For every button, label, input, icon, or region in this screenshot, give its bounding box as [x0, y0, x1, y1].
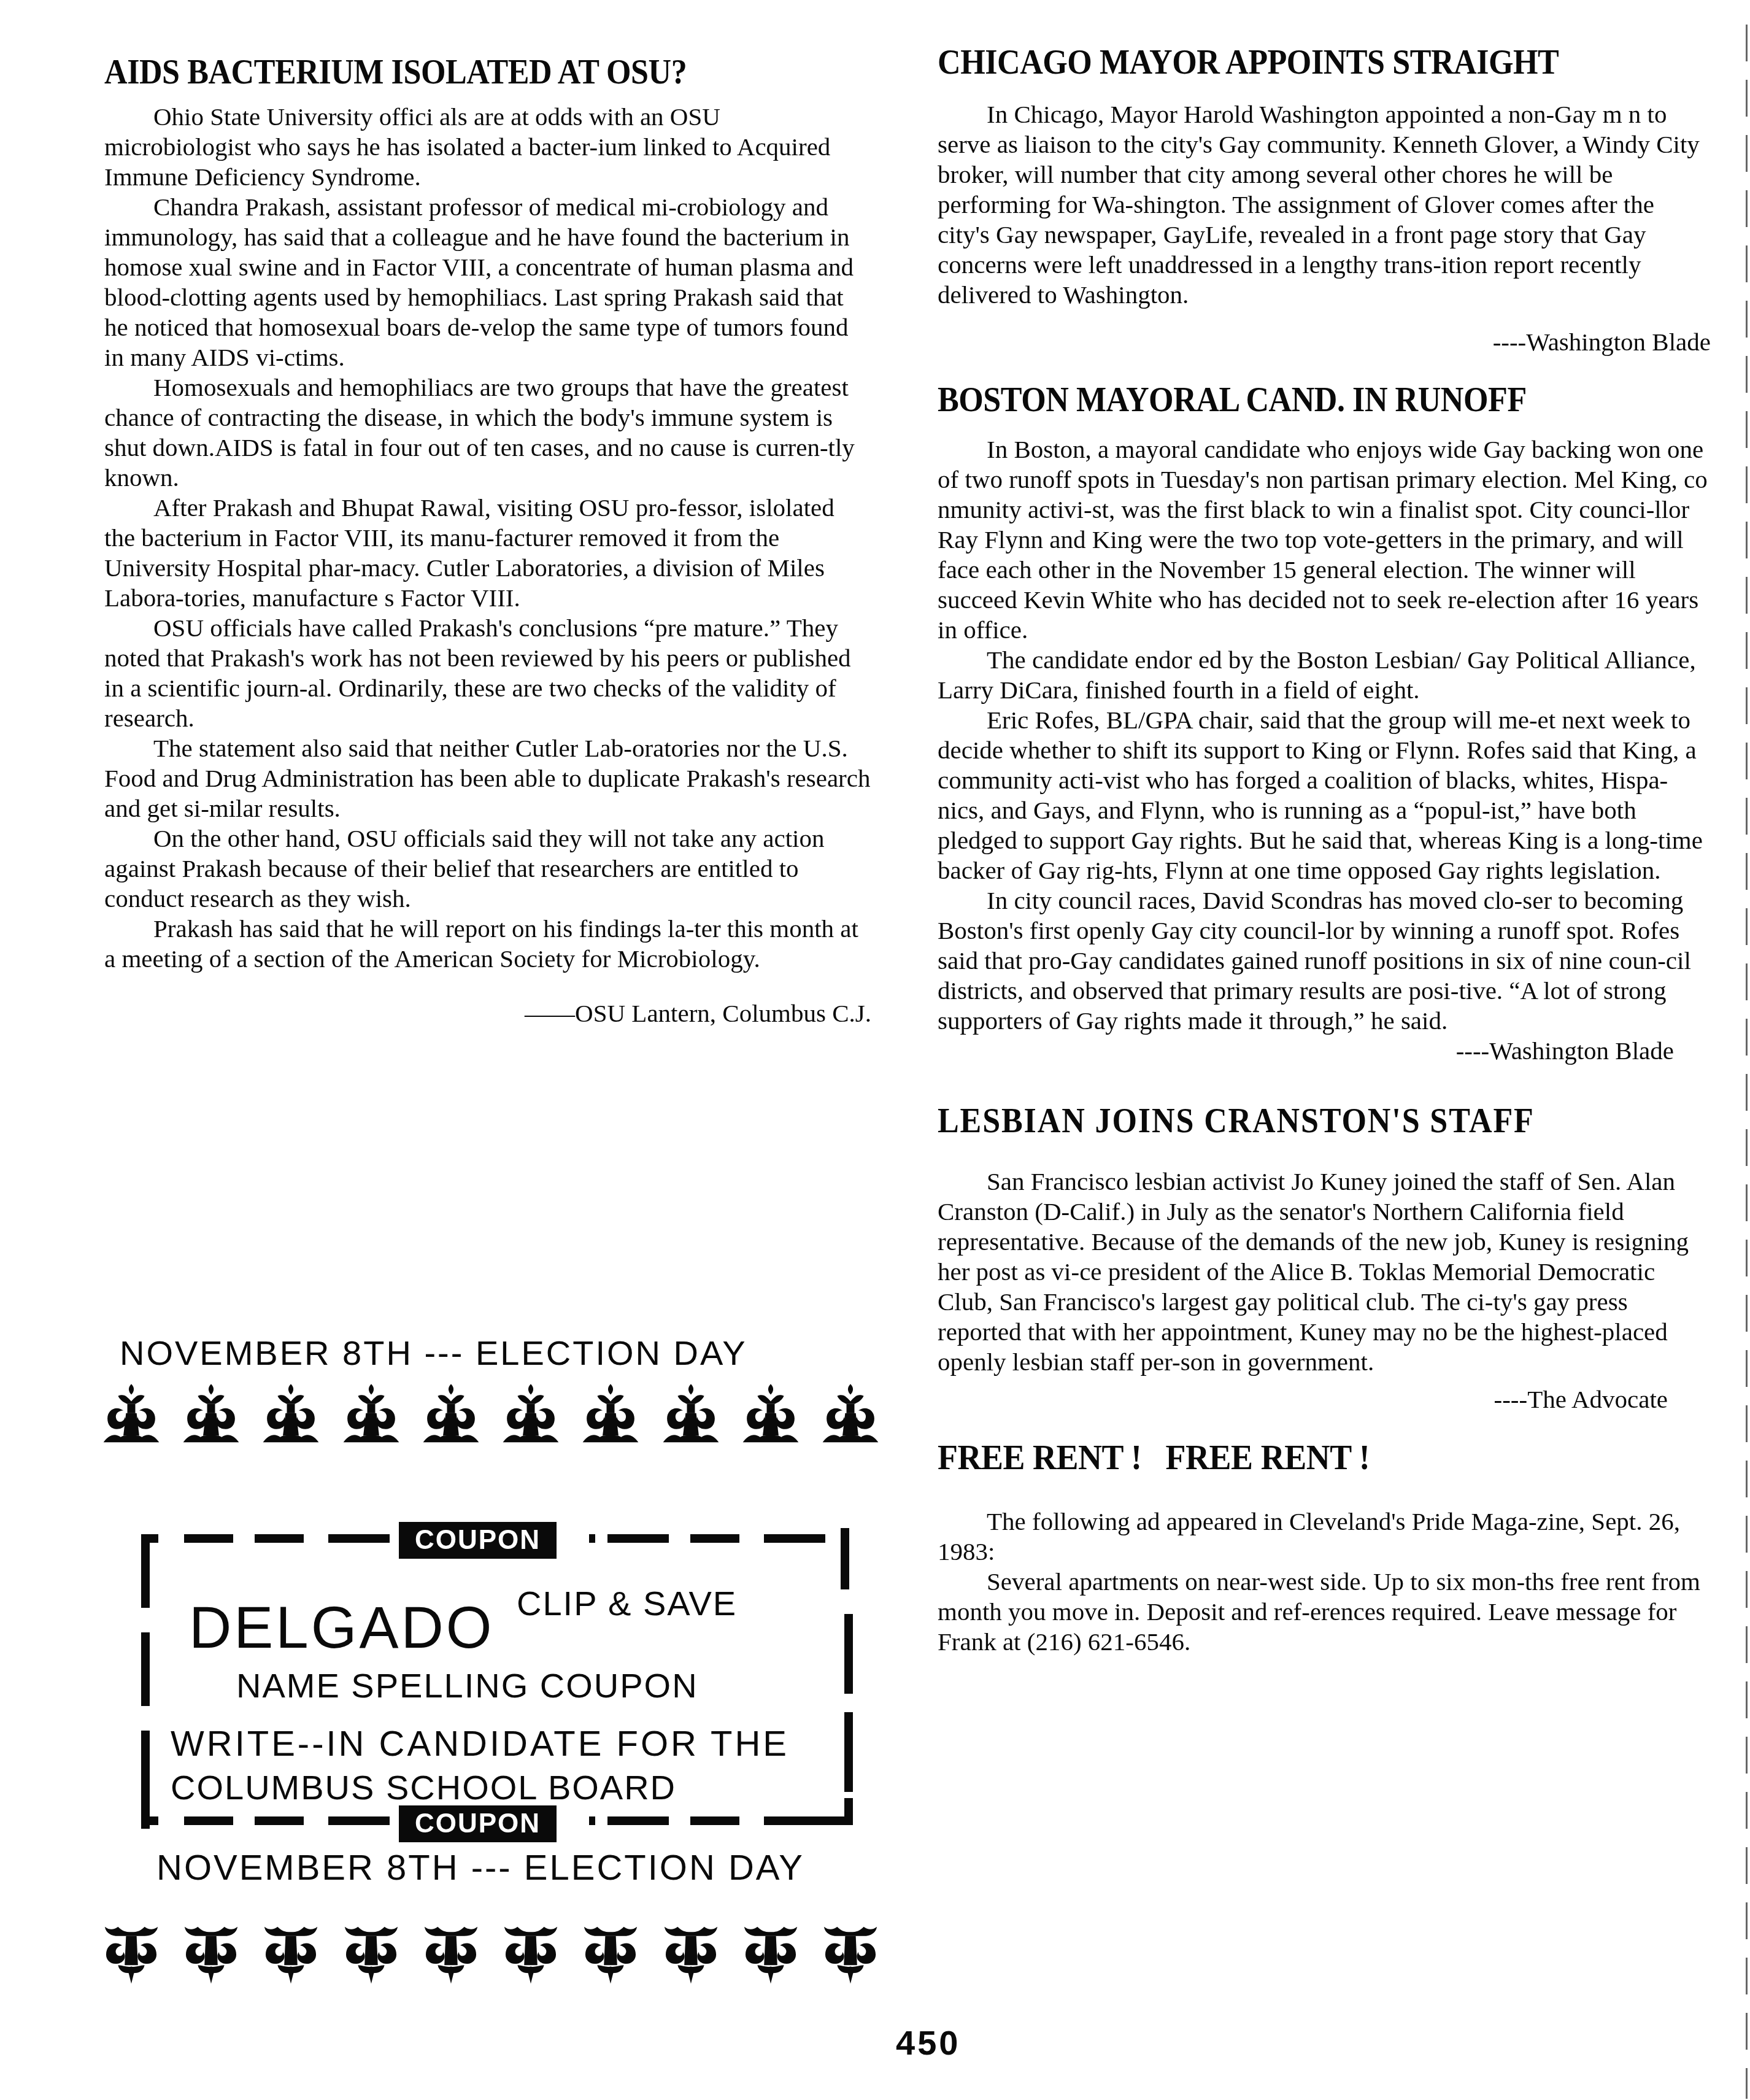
border-dash — [328, 1816, 390, 1825]
fleuron-icon — [738, 1381, 804, 1448]
clip-and-save: CLIP & SAVE — [517, 1583, 737, 1623]
source-credit: ——OSU Lantern, Columbus C.J. — [104, 998, 871, 1029]
name-spelling-coupon: NAME SPELLING COUPON — [236, 1666, 698, 1705]
headline: BOSTON MAYORAL CAND. IN RUNOFF — [938, 382, 1657, 419]
article-aids-bacterium: AIDS BACTERIUM ISOLATED AT OSU? Ohio Sta… — [104, 54, 871, 1029]
fleuron-icon — [178, 1921, 244, 1988]
fleuron-icon — [98, 1381, 164, 1448]
paragraph: Several apartments on near-west side. Up… — [938, 1567, 1711, 1657]
fleuron-icon — [577, 1921, 644, 1988]
paragraph: The candidate endor ed by the Boston Les… — [938, 645, 1711, 705]
fleuron-icon — [418, 1381, 484, 1448]
source-credit: ----Washington Blade — [938, 1036, 1674, 1066]
coupon-tag-bottom: COUPON — [399, 1805, 557, 1842]
border-dash — [607, 1534, 669, 1543]
source-credit: ----Washington Blade — [938, 327, 1711, 357]
border-dash — [690, 1534, 739, 1543]
fleuron-icon — [98, 1921, 164, 1988]
headline: LESBIAN JOINS CRANSTON'S STAFF — [938, 1103, 1657, 1140]
ad-headline-top: NOVEMBER 8TH --- ELECTION DAY — [120, 1333, 747, 1373]
write-in-candidate: WRITE--IN CANDIDATE FOR THE — [171, 1723, 789, 1764]
fleuron-icon — [258, 1381, 324, 1448]
fleuron-icon — [498, 1921, 564, 1988]
border-dash — [141, 1731, 150, 1792]
coupon-tag-top: COUPON — [399, 1522, 557, 1559]
ornament-border-top — [98, 1381, 884, 1448]
border-dash — [255, 1816, 304, 1825]
paragraph: The following ad appeared in Cleveland's… — [938, 1507, 1711, 1567]
coupon-box[interactable]: COUPON COUPON DELGADO CLIP & SAVE NAME S… — [141, 1522, 853, 1829]
paragraph: In Boston, a mayoral candidate who enjoy… — [938, 434, 1711, 645]
page-edge-rule — [1746, 25, 1748, 2099]
border-dash — [844, 1712, 853, 1792]
article-cranston-staff: LESBIAN JOINS CRANSTON'S STAFF San Franc… — [938, 1103, 1711, 1415]
border-dash — [184, 1534, 233, 1543]
border-dash — [184, 1816, 233, 1825]
border-dash — [141, 1632, 150, 1706]
fleuron-icon — [658, 1381, 724, 1448]
border-dash — [844, 1614, 853, 1694]
headline: CHICAGO MAYOR APPOINTS STRAIGHT — [938, 44, 1657, 81]
border-dash — [690, 1816, 739, 1825]
candidate-name: DELGADO — [189, 1594, 494, 1662]
ornament-border-bottom — [98, 1921, 884, 1988]
paragraph: The statement also said that neither Cut… — [104, 733, 871, 824]
fleuron-icon — [258, 1921, 324, 1988]
paragraph: In city council races, David Scondras ha… — [938, 886, 1711, 1036]
fleuron-icon — [338, 1921, 404, 1988]
fleuron-icon — [738, 1921, 804, 1988]
paragraph: Homosexuals and hemophiliacs are two gro… — [104, 373, 871, 493]
article-free-rent: FREE RENT ! FREE RENT ! The following ad… — [938, 1439, 1711, 1657]
paragraph: OSU officials have called Prakash's conc… — [104, 613, 871, 733]
article-chicago-mayor: CHICAGO MAYOR APPOINTS STRAIGHT In Chica… — [938, 44, 1711, 357]
border-dash — [255, 1534, 304, 1543]
border-corner — [841, 1528, 849, 1589]
right-column: CHICAGO MAYOR APPOINTS STRAIGHT In Chica… — [938, 44, 1711, 1657]
fleuron-icon — [498, 1381, 564, 1448]
fleuron-icon — [178, 1381, 244, 1448]
paragraph: Eric Rofes, BL/GPA chair, said that the … — [938, 705, 1711, 886]
border-dash — [764, 1534, 825, 1543]
headline: AIDS BACTERIUM ISOLATED AT OSU? — [104, 54, 818, 91]
border-corner — [844, 1798, 853, 1825]
border-dash — [141, 1816, 158, 1825]
fleuron-icon — [418, 1921, 484, 1988]
paragraph: San Francisco lesbian activist Jo Kuney … — [938, 1167, 1711, 1377]
border-dash — [607, 1816, 669, 1825]
paragraph: Ohio State University offici als are at … — [104, 102, 871, 192]
border-dash — [764, 1816, 850, 1825]
source-credit: ----The Advocate — [938, 1384, 1668, 1415]
paragraph: Chandra Prakash, assistant professor of … — [104, 192, 871, 373]
border-dash — [141, 1534, 158, 1543]
fleuron-icon — [658, 1921, 724, 1988]
fleuron-icon — [817, 1381, 884, 1448]
paragraph: In Chicago, Mayor Harold Washington appo… — [938, 99, 1711, 310]
paragraph: After Prakash and Bhupat Rawal, visiting… — [104, 493, 871, 613]
page-number: 450 — [896, 2023, 960, 2063]
fleuron-icon — [817, 1921, 884, 1988]
border-dash — [589, 1816, 595, 1825]
border-dash — [328, 1534, 390, 1543]
columbus-school-board: COLUMBUS SCHOOL BOARD — [171, 1767, 676, 1807]
fleuron-icon — [577, 1381, 644, 1448]
paragraph: On the other hand, OSU officials said th… — [104, 824, 871, 914]
fleuron-icon — [338, 1381, 404, 1448]
border-corner — [141, 1534, 150, 1608]
article-boston-mayoral: BOSTON MAYORAL CAND. IN RUNOFF In Boston… — [938, 382, 1711, 1066]
ad-headline-bottom: NOVEMBER 8TH --- ELECTION DAY — [156, 1847, 804, 1888]
headline: FREE RENT ! FREE RENT ! — [938, 1439, 1657, 1476]
border-dash — [589, 1534, 595, 1543]
paragraph: Prakash has said that he will report on … — [104, 914, 871, 974]
